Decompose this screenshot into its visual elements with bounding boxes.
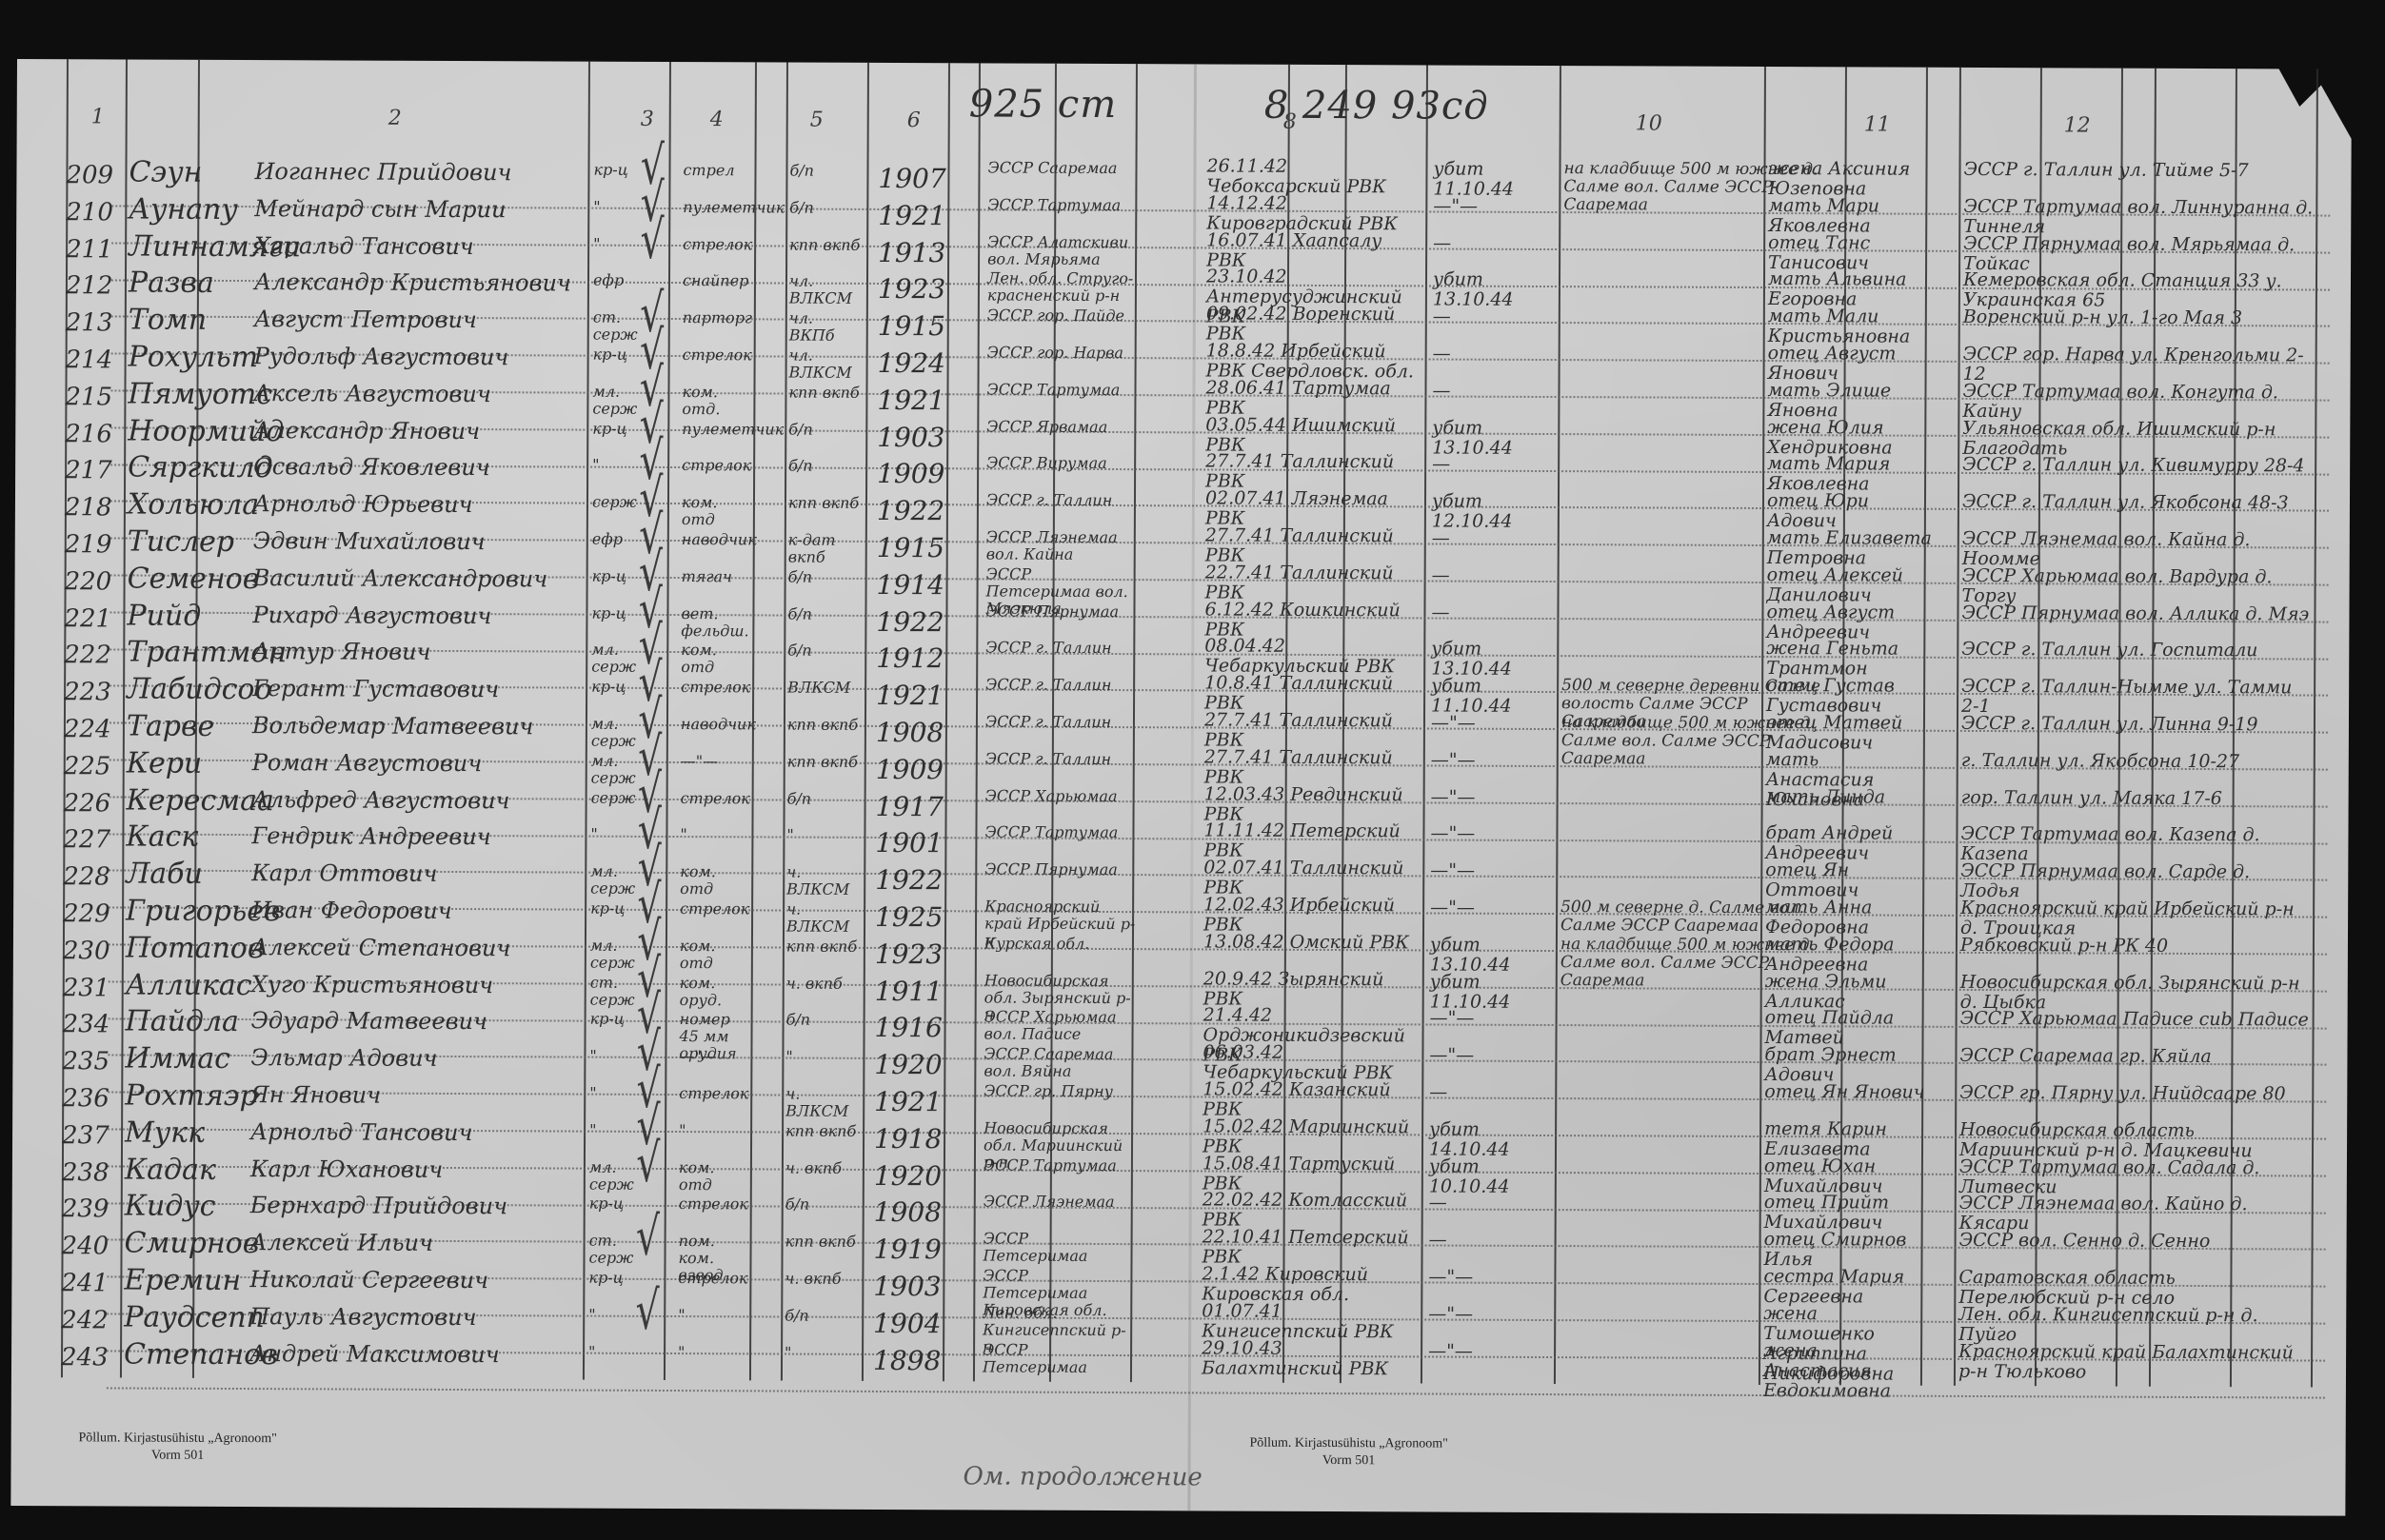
kin-address: Лен. обл. Кингисеппский р-н д. Пуйго — [1958, 1305, 2311, 1347]
birth-year: 1898 — [873, 1345, 941, 1376]
birthplace: ЭССР г. Таллин — [985, 677, 1138, 695]
fate: — — [1429, 1194, 1553, 1214]
kin-address: ЭССР г. Таллин ул. Госпитали — [1961, 640, 2314, 661]
surname: Аунапу — [129, 192, 238, 226]
fate: убит 12.10.44 — [1432, 492, 1556, 533]
birth-year: 1923 — [878, 273, 945, 305]
birthplace: ЭССР Харьюмаа вол. Падисе — [984, 1009, 1136, 1044]
position: тягач — [682, 568, 753, 585]
position: стрелок — [679, 1085, 750, 1102]
column-number: 2 — [388, 107, 402, 130]
enlistment-date-place: 18.8.42 Ирбейский РВК Свердловск. обл. — [1206, 341, 1425, 382]
position: ком. отд — [679, 1159, 750, 1194]
next-of-kin: жена Аксиния Юзеповна — [1768, 159, 1935, 200]
birth-year: 1921 — [877, 385, 944, 416]
party-status: ч. ВЛКСМ — [786, 864, 861, 898]
register-sheet: 1 2 3 4 5 6 8 10 11 12 925 ст 8 249 93сд… — [10, 59, 2352, 1516]
party-status: ВЛКСМ — [787, 680, 862, 697]
next-of-kin: отец Юхан Михайлович — [1764, 1156, 1931, 1197]
publisher-name: Põllum. Kirjastusühistu „Agronoom" — [1221, 1435, 1478, 1453]
row-rule — [107, 1387, 2325, 1398]
entry-number: 242 — [61, 1306, 109, 1334]
birth-year: 1918 — [874, 1123, 942, 1155]
party-status: кпп вкпб — [785, 1234, 860, 1251]
fate: — — [1432, 565, 1556, 586]
birth-year: 1901 — [875, 827, 943, 859]
entry-number: 218 — [65, 493, 112, 522]
entry-number: 219 — [65, 530, 112, 559]
party-status: " — [785, 1049, 860, 1066]
party-status: б/п — [785, 1307, 859, 1324]
enlistment-date-place: 29.10.43 Балахтинский РВК — [1202, 1338, 1421, 1379]
given-names: Арнольд Юрьевич — [253, 490, 473, 518]
birth-year: 1917 — [876, 791, 944, 822]
party-status: " — [786, 827, 861, 844]
enlistment-date-place: 03.05.44 Ишимский РВК — [1205, 415, 1424, 456]
next-of-kin: жена Геньта Трантмон — [1766, 639, 1933, 680]
given-names: Аксель Августович — [253, 380, 490, 407]
position: пулеметчик — [682, 421, 753, 438]
kin-address: ЭССР Тартумаа вол. Линнуранна д. Тиннеля — [1963, 197, 2315, 239]
column-number: 3 — [641, 108, 654, 131]
fate: убит 14.10.44 — [1429, 1119, 1553, 1160]
kin-address: ЭССР гор. Нарва ул. Кренгольми 2-12 — [1963, 345, 2315, 386]
column-rule — [664, 62, 671, 1380]
given-names: Николай Сергеевич — [249, 1266, 488, 1293]
surname: Рийд — [127, 599, 201, 632]
birth-year: 1911 — [875, 976, 943, 1007]
enlistment-date-place: 27.7.41 Таллинский РВК — [1204, 710, 1423, 751]
enlistment-date-place: 2.1.42 Кировский Кировская обл. — [1202, 1264, 1421, 1305]
next-of-kin: мать Елизавета Петровна — [1767, 528, 1934, 569]
enlistment-date-place: 27.7.41 Таллинский РВК — [1204, 747, 1423, 788]
party-status: " — [785, 1344, 859, 1361]
birth-year: 1909 — [876, 754, 944, 785]
birthplace: ЭССР г. Таллин — [985, 750, 1138, 768]
enlistment-date-place: 14.12.42 Кировградский РВК — [1206, 193, 1425, 234]
fate: —"— — [1430, 898, 1554, 918]
column-rule — [973, 63, 981, 1381]
page-fold — [1187, 64, 1197, 1510]
fate: убит 11.10.44 — [1430, 972, 1554, 1013]
birthplace: ЭССР Тартумаа — [986, 381, 1139, 399]
party-status: кпп вкпб — [787, 753, 862, 770]
party-status: б/п — [785, 1196, 860, 1214]
fate: — — [1431, 602, 1555, 623]
surname: Лаби — [126, 858, 203, 891]
enlistment-date-place: 13.08.42 Омский РВК — [1203, 932, 1422, 953]
fate: —"— — [1431, 713, 1555, 734]
fate: — — [1433, 233, 1557, 254]
printer-imprint-right: Põllum. Kirjastusühistu „Agronoom" Vorm … — [1221, 1435, 1478, 1471]
party-status: кпп вкпб — [786, 938, 861, 955]
position: стрелок — [683, 236, 754, 253]
position: наводчик — [681, 716, 752, 733]
fate: — — [1433, 344, 1557, 365]
surname: Мукк — [125, 1116, 205, 1149]
party-status: чл. ВЛКСМ — [789, 347, 864, 382]
continuation-note: Ом. продолжение — [963, 1462, 1202, 1491]
enlistment-date-place: 15.02.42 Мариинский РВК — [1202, 1116, 1421, 1157]
kin-address: ЭССР гр. Пярну ул. Нийдсааре 80 — [1959, 1083, 2312, 1105]
birth-year: 1903 — [877, 422, 944, 453]
position: —"— — [681, 753, 752, 770]
position: ком. отд — [680, 938, 751, 972]
position: стрелок — [680, 900, 751, 918]
fate: убит 11.10.44 — [1431, 677, 1555, 718]
enlistment-date-place: 10.8.41 Таллинский РВК — [1204, 674, 1423, 715]
position: ком. отд — [680, 863, 751, 898]
kin-address: Рябковский р-н РК 40 — [1960, 936, 2313, 958]
surname: Хольюла — [128, 488, 259, 523]
party-status: кпп вкпб — [787, 717, 862, 734]
given-names: Харальд Тансович — [254, 232, 474, 260]
fate: убит 10.10.44 — [1429, 1156, 1553, 1197]
fate: — — [1433, 307, 1557, 328]
given-names: Иван Федорович — [251, 897, 452, 924]
birth-year: 1907 — [878, 163, 945, 194]
surname: Пямуотс — [128, 377, 272, 411]
next-of-kin: жена Юлия Хендриковна — [1767, 418, 1934, 459]
position: парторг — [683, 309, 754, 326]
surname: Раудсепп — [124, 1300, 265, 1334]
position: " — [680, 826, 751, 843]
birth-year: 1922 — [875, 864, 943, 896]
kin-address: Саратовская область Перелюбский р-н село — [1958, 1268, 2311, 1310]
fate: —"— — [1430, 824, 1554, 845]
fate: убит 13.10.44 — [1431, 640, 1555, 681]
surname: Разва — [129, 267, 214, 300]
given-names: Мейнард сын Марии — [254, 195, 506, 223]
birth-year: 1914 — [877, 569, 944, 601]
fate: убит 13.10.44 — [1430, 935, 1554, 976]
given-names: Хуго Кристьянович — [251, 971, 494, 998]
next-of-kin: отец Пайдла Матвей — [1764, 1008, 1931, 1049]
fate: —"— — [1430, 861, 1554, 882]
party-status: б/п — [789, 199, 864, 216]
kin-address: ЭССР г. Таллин ул. Линна 9-19 — [1961, 714, 2314, 736]
surname: Алликас — [126, 968, 252, 1002]
birth-year: 1913 — [878, 237, 945, 268]
given-names: Август Петрович — [254, 306, 477, 333]
column-number: 11 — [1864, 112, 1891, 136]
given-names: Роман Августович — [252, 749, 483, 777]
birth-year: 1921 — [874, 1086, 942, 1117]
form-number: Vorm 501 — [50, 1447, 307, 1465]
position: ком. отд. — [682, 384, 753, 418]
next-of-kin: мать Мария Яковлевна — [1767, 454, 1934, 495]
enlistment-date-place: 11.11.42 Петерский РВК — [1203, 821, 1422, 862]
publisher-name: Põllum. Kirjastusühistu „Agronoom" — [50, 1430, 307, 1448]
given-names: Василий Александрович — [253, 564, 548, 592]
next-of-kin: мать Мали Кристьяновна — [1768, 306, 1935, 347]
entry-number: 225 — [64, 752, 111, 780]
birth-year: 1903 — [873, 1271, 941, 1302]
birth-year: 1919 — [873, 1234, 941, 1265]
check-mark-icon: √ — [640, 208, 664, 270]
entry-number: 240 — [61, 1232, 109, 1260]
enlistment-date-place: 22.7.41 Таллинский РВК — [1205, 563, 1424, 603]
given-names: Вольдемар Матвеевич — [252, 712, 534, 740]
birthplace: ЭССР Ляэнемаа — [984, 1194, 1136, 1212]
entry-number: 213 — [66, 308, 113, 337]
party-status: чл. ВЛКСМ — [789, 273, 864, 307]
column-number: 1 — [91, 105, 105, 128]
given-names: Александр Янович — [253, 417, 480, 444]
fate: — — [1429, 1231, 1553, 1252]
column-number: 5 — [810, 109, 824, 132]
party-status: б/п — [787, 605, 862, 622]
enlistment-date-place: 02.07.41 Ляэнемаа РВК — [1205, 489, 1424, 530]
enlistment-date-place: 27.7.41 Таллинский РВК — [1205, 525, 1424, 566]
birthplace: ЭССР Петсеримаа — [983, 1341, 1135, 1376]
next-of-kin: отец Танс Танисович — [1768, 233, 1935, 274]
entry-number: 221 — [64, 604, 111, 633]
birthplace: ЭССР г. Таллин — [986, 492, 1139, 510]
kin-address: ЭССР вол. Сенно д. Сенно — [1959, 1231, 2312, 1253]
party-status: ч. вкпб — [786, 975, 861, 992]
given-names: Карл Юханович — [250, 1155, 443, 1183]
next-of-kin: жена Эльми Алликас — [1765, 972, 1932, 1013]
kin-address: Красноярский край Ирбейский р-н д. Троиц… — [1960, 898, 2313, 940]
birthplace: Курская обл. — [984, 935, 1137, 953]
position: стрелок — [683, 346, 754, 364]
birth-year: 1904 — [873, 1308, 941, 1339]
surname: Каск — [126, 820, 198, 854]
given-names: Альфред Августович — [252, 786, 510, 814]
next-of-kin: мать Анна Федоровна — [1765, 898, 1932, 938]
birthplace: ЭССР Пярнумаа — [984, 861, 1137, 879]
kin-address: гор. Таллин ул. Маяка 17-6 — [1961, 788, 2314, 810]
entry-number: 210 — [66, 198, 113, 227]
surname: Потапов — [126, 931, 265, 965]
party-status: кпп вкпб — [788, 495, 863, 512]
party-status: б/п — [786, 1012, 861, 1029]
surname: Тислер — [128, 525, 234, 559]
given-names: Ян Янович — [250, 1081, 381, 1109]
given-names: Артур Янович — [252, 638, 430, 665]
fate: — — [1432, 381, 1556, 402]
kin-address: Красноярский край Балахтинский р-н Тюльк… — [1958, 1342, 2311, 1384]
check-mark-icon: √ — [636, 1206, 660, 1268]
position: ком. отд — [681, 642, 752, 676]
column-rule — [1554, 66, 1561, 1384]
printer-imprint-left: Põllum. Kirjastusühistu „Agronoom" Vorm … — [50, 1430, 307, 1465]
party-status: б/п — [787, 642, 862, 660]
unit-stamp-right: 8 249 93сд — [1264, 84, 1489, 128]
birth-year: 1908 — [874, 1196, 942, 1228]
birth-year: 1920 — [874, 1049, 942, 1080]
check-mark-icon: √ — [635, 1280, 659, 1342]
enlistment-date-place: 12.03.43 Ревдинский РВК — [1204, 784, 1423, 825]
birth-year: 1916 — [874, 1012, 942, 1043]
birthplace: ЭССР Тартумаа — [984, 824, 1137, 842]
entry-number: 214 — [66, 346, 113, 374]
party-status: б/п — [788, 421, 863, 438]
fate: —"— — [1428, 1341, 1552, 1362]
party-status: б/п — [787, 790, 862, 807]
enlistment-date-place: 12.02.43 Ирбейский РВК — [1203, 895, 1422, 936]
fate: —"— — [1431, 787, 1555, 808]
next-of-kin: отец Август Янович — [1768, 344, 1935, 385]
birth-year: 1925 — [875, 901, 943, 933]
birth-year: 1920 — [874, 1160, 942, 1192]
birth-year: 1922 — [876, 606, 944, 638]
entry-number: 231 — [63, 974, 110, 1002]
birthplace: ЭССР Сааремаа — [987, 159, 1140, 177]
position: стрелок — [679, 1195, 750, 1213]
entry-number: 222 — [64, 642, 111, 670]
kin-address: Новосибирская область Мариинский р-н д. … — [1959, 1120, 2312, 1162]
register-row: 243 Степанов Андрей Максимович " " " 189… — [11, 1379, 2346, 1390]
fate: — — [1432, 455, 1556, 476]
entry-number: 237 — [62, 1121, 109, 1150]
next-of-kin: отец Юри Адович — [1767, 491, 1934, 532]
surname: Кери — [127, 746, 203, 780]
given-names: Алексей Степанович — [251, 934, 511, 961]
entry-number: 229 — [63, 899, 110, 928]
party-status: кпп вкпб — [785, 1122, 860, 1139]
given-names: Арнольд Тансович — [250, 1118, 472, 1146]
next-of-kin: сестра Мария Сергеевна — [1763, 1267, 1930, 1308]
birthplace: ЭССР Ляэнемаа вол. Кайна — [986, 528, 1139, 563]
position: —"— — [679, 1048, 750, 1065]
next-of-kin: отец Ян Янович — [1764, 1082, 1931, 1103]
position: снайпер — [683, 272, 754, 289]
birthplace: ЭССР гр. Пярну — [984, 1082, 1136, 1100]
enlistment-date-place: 6.12.42 Кошкинский РВК — [1204, 600, 1423, 641]
kin-address: Воренский р-н ул. 1-го Мая 3 — [1963, 307, 2315, 329]
enlistment-date-place: 15.02.42 Казанский РВК — [1202, 1079, 1421, 1120]
given-names: Пауль Августович — [249, 1303, 476, 1331]
surname: Еремин — [124, 1264, 241, 1298]
fate: —"— — [1433, 196, 1557, 217]
birthplace: ЭССР Алатскиви вол. Мярьяма — [987, 233, 1140, 268]
fate: убит 11.10.44 — [1433, 159, 1557, 200]
column-number: 10 — [1636, 111, 1662, 135]
unit-stamp-left: 925 ст — [969, 82, 1118, 127]
surname: Иммас — [125, 1042, 230, 1076]
party-status: б/п — [788, 568, 863, 585]
enlistment-date-place: 02.07.41 Таллинский РВК — [1203, 859, 1422, 899]
surname: Томп — [129, 304, 207, 337]
surname: Тарве — [127, 710, 214, 743]
surname: Лабидсоо — [127, 673, 272, 707]
entry-number: 226 — [64, 789, 111, 818]
given-names: Герант Густавович — [252, 675, 499, 702]
entry-number: 227 — [63, 826, 110, 855]
party-status: к-дат вкпб — [788, 532, 863, 566]
next-of-kin: отец Август Андреевич — [1766, 602, 1933, 643]
party-status: б/п — [789, 163, 864, 180]
next-of-kin: отец Прийт Михайлович — [1764, 1193, 1931, 1234]
enlistment-date-place: 08.04.42 Чебаркульский РВК — [1204, 637, 1423, 678]
entry-number: 234 — [63, 1011, 110, 1039]
birthplace: ЭССР Пярнумаа — [985, 602, 1138, 621]
party-status: чл. ВКПб — [789, 310, 864, 345]
position: стрелок — [682, 457, 753, 474]
kin-address: ЭССР Пярнумаа вол. Аллика д. Мяэ — [1961, 603, 2314, 625]
kin-address: ЭССР Тартумаа вол. Конгута д. Кайну — [1962, 382, 2315, 424]
position: " — [678, 1344, 749, 1361]
birthplace: ЭССР Вирумаа — [986, 455, 1139, 473]
enlistment-date-place: 20.9.42 Зырянский РВК — [1203, 969, 1422, 1010]
position: стрел — [683, 162, 754, 179]
kin-address: ЭССР г. Таллин ул. Тийме 5-7 — [1963, 160, 2315, 182]
enlistment-date-place: 22.10.41 Петсерский РВК — [1202, 1228, 1421, 1269]
kin-address: ЭССР г. Таллин ул. Кивимурру 28-4 — [1962, 455, 2315, 477]
enlistment-date-place: 01.07.41 Кингисеппский РВК — [1202, 1301, 1421, 1342]
party-status: ч. вкпб — [785, 1271, 859, 1288]
fate: —"— — [1428, 1267, 1552, 1288]
birthplace: ЭССР г. Таллин — [985, 640, 1138, 658]
entry-number: 236 — [62, 1084, 109, 1113]
given-names: Гендрик Андреевич — [251, 822, 490, 850]
given-names: Эдуард Матвеевич — [251, 1007, 488, 1035]
birth-year: 1909 — [877, 458, 944, 489]
next-of-kin: жена Анастасия Евдокимовна — [1763, 1341, 1930, 1402]
entry-number: 223 — [64, 678, 111, 706]
surname: Кадак — [125, 1153, 216, 1186]
party-status: ч. вкпб — [785, 1159, 860, 1176]
kin-address: ЭССР Ляэнемаа вол. Кайна д. Ноомме — [1962, 529, 2315, 571]
enlistment-date-place: 28.06.41 Тартумаа РВК — [1205, 378, 1424, 419]
birthplace: ЭССР Петсеримаа — [983, 1231, 1135, 1266]
entry-number: 220 — [65, 567, 112, 596]
fate: —"— — [1430, 1009, 1554, 1030]
given-names: Эльмар Адович — [250, 1044, 437, 1072]
surname: Пайдла — [126, 1005, 240, 1039]
kin-address: ЭССР Харьюмаа Падисе сиb Падисе — [1960, 1009, 2313, 1031]
next-of-kin: тетя Карин Елизавета — [1764, 1119, 1931, 1160]
entry-number: 241 — [61, 1269, 109, 1297]
kin-address: ЭССР Харьюмаа вол. Вардура д. Торгу — [1962, 566, 2315, 608]
form-number: Vorm 501 — [1221, 1452, 1478, 1471]
next-of-kin: мать Альвина Егоровна — [1768, 269, 1935, 310]
given-names: Бернхард Прийдович — [250, 1192, 507, 1219]
birth-year: 1912 — [876, 642, 944, 674]
surname: Рохтяэр — [125, 1079, 258, 1114]
position: " — [679, 1122, 750, 1139]
kin-address: ЭССР Сааремаа гр. Кяйла — [1959, 1046, 2312, 1068]
entry-number: 217 — [65, 457, 112, 485]
entry-number: 216 — [65, 420, 112, 448]
given-names: Андрей Максимович — [249, 1340, 500, 1368]
birth-year: 1922 — [877, 495, 944, 526]
surname: Сэун — [129, 156, 202, 189]
entry-number: 230 — [63, 937, 110, 965]
column-number: 12 — [2064, 113, 2091, 137]
birthplace: ЭССР гор. Нарва — [987, 344, 1140, 362]
fate: — — [1429, 1082, 1553, 1103]
given-names: Алексей Ильич — [250, 1229, 434, 1256]
surname: Рохульт — [129, 341, 259, 375]
enlistment-date-place: 26.11.42 Чебоксарский РВК — [1206, 156, 1425, 197]
birth-year: 1921 — [878, 200, 945, 231]
birthplace: Лен. обл. Струго-красненский р-н — [987, 270, 1140, 306]
birth-year: 1921 — [876, 680, 944, 711]
next-of-kin: брат Андрей Андреевич — [1765, 823, 1932, 864]
entry-number: 224 — [64, 715, 111, 743]
birthplace: ЭССР Харьюмаа — [985, 787, 1138, 805]
rank: " — [588, 1343, 655, 1360]
given-names: Эдвин Михайлович — [253, 527, 486, 555]
birthplace: ЭССР Ярвамаа — [986, 418, 1139, 436]
enlistment-date-place: 27.7.41 Таллинский РВК — [1205, 452, 1424, 493]
surname: Кидус — [125, 1190, 216, 1223]
given-names: Рудольф Августович — [254, 343, 509, 370]
birth-year: 1924 — [878, 347, 945, 379]
